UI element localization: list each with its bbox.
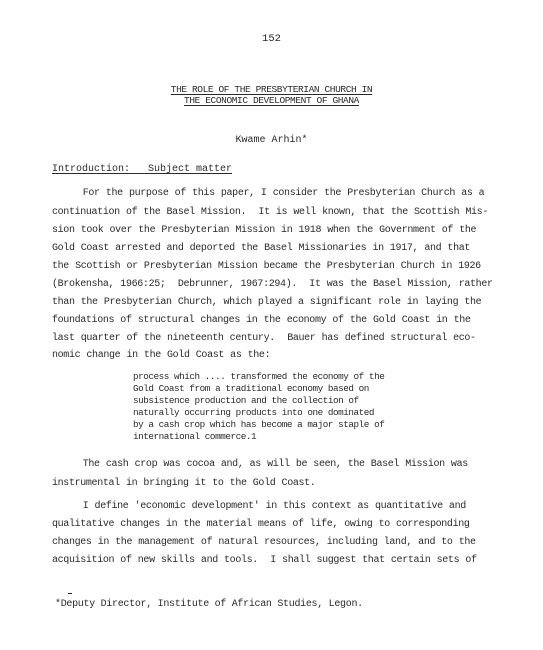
paragraph-line: than the Presbyterian Church, which play… (52, 297, 481, 308)
block-quote-line: international commerce.1 (133, 431, 256, 442)
footnote: *Deputy Director, Institute of African S… (55, 599, 363, 610)
paragraph-line: sion took over the Presbyterian Mission … (52, 225, 476, 236)
paragraph-line: instrumental in bringing it to the Gold … (52, 478, 315, 489)
footnote-rule (68, 593, 72, 594)
page-number: 152 (0, 33, 543, 45)
block-quote-line: process which .... transformed the econo… (133, 371, 384, 382)
paragraph-line: Gold Coast arrested and deported the Bas… (52, 243, 470, 254)
block-quote-line: naturally occurring products into one do… (133, 407, 374, 418)
paragraph-line: continuation of the Basel Mission. It is… (52, 207, 488, 218)
paragraph-line: qualitative changes in the material mean… (52, 519, 470, 530)
section-heading: Introduction: Subject matter (52, 164, 232, 175)
document-page: 152 THE ROLE OF THE PRESBYTERIAN CHURCH … (0, 0, 543, 650)
paragraph-line: foundations of structural changes in the… (52, 315, 471, 326)
paragraph-line: The cash crop was cocoa and, as will be … (52, 459, 468, 470)
paragraph-line: acquisition of new skills and tools. I s… (52, 555, 477, 566)
block-quote-line: by a cash crop which has become a major … (133, 419, 384, 430)
block-quote-line: subsistence production and the collectio… (133, 395, 359, 406)
block-quote-line: Gold Coast from a traditional economy ba… (133, 383, 369, 394)
paragraph-line: the Scottish or Presbyterian Mission bec… (52, 261, 481, 272)
paragraph-line: I define 'economic development' in this … (52, 501, 466, 512)
title-line-1: THE ROLE OF THE PRESBYTERIAN CHURCH IN (0, 84, 543, 95)
author: Kwame Arhin* (0, 135, 543, 146)
title-text-2: THE ECONOMIC DEVELOPMENT OF GHANA (184, 95, 359, 106)
paragraph-line: changes in the management of natural res… (52, 537, 476, 548)
paragraph-line: nomic change in the Gold Coast as the: (52, 350, 270, 361)
paragraph-line: For the purpose of this paper, I conside… (52, 188, 484, 199)
title-text-1: THE ROLE OF THE PRESBYTERIAN CHURCH IN (171, 84, 372, 95)
paragraph-line: (Brokensha, 1966:25; Debrunner, 1967:294… (52, 279, 493, 290)
title-line-2: THE ECONOMIC DEVELOPMENT OF GHANA (0, 95, 543, 106)
paragraph-line: last quarter of the nineteenth century. … (52, 333, 476, 344)
